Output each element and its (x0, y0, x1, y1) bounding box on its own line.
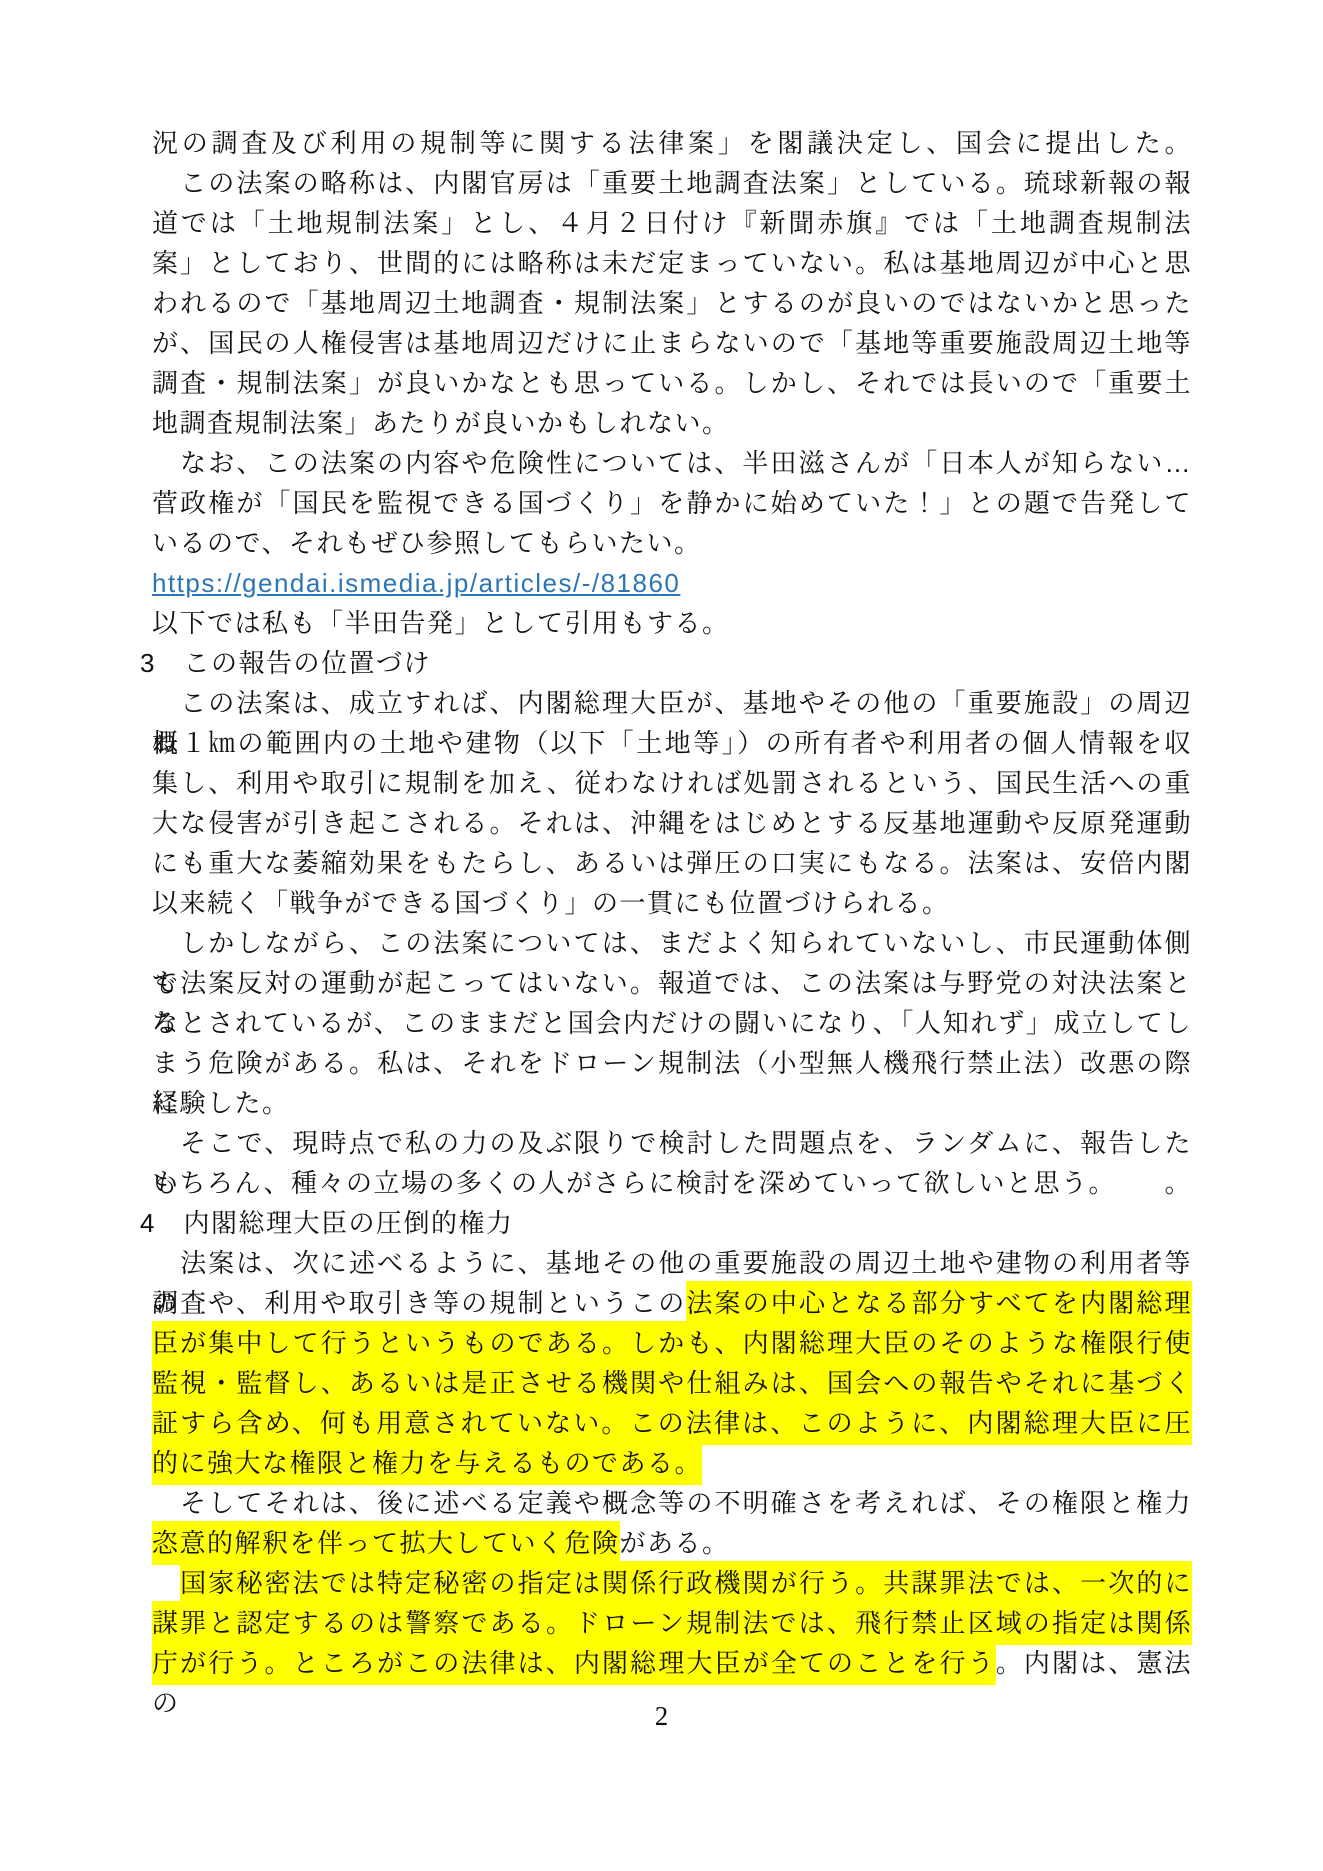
text-line: もちろん、種々の立場の多くの人がさらに検討を深めていって欲しいと思う。 (152, 1163, 1192, 1203)
highlighted-text: 庁が行う。ところがこの法律は、内閣総理大臣が全てのことを行う (152, 1641, 996, 1685)
text-line: この法案の略称は、内閣官房は「重要土地調査法案」としている。琉球新報の報 (152, 163, 1192, 203)
text-line: 監視・監督し、あるいは是正させる機関や仕組みは、国会への報告やそれに基づく検 (152, 1363, 1192, 1403)
text-segment: がある。 (620, 1528, 730, 1558)
text-line: われるので「基地周辺土地調査・規制法案」とするのが良いのではないかと思った (152, 283, 1192, 323)
text-segment: いるので、それもぜひ参照してもらいたい。 (152, 528, 701, 558)
text-segment: 以下では私も「半田告発」として引用もする。 (152, 608, 730, 638)
text-line: 謀罪と認定するのは警察である。ドローン規制法では、飛行禁止区域の指定は関係省 (152, 1603, 1192, 1643)
document-content: 況の調査及び利用の規制等に関する法律案」を閣議決定し、国会に提出した。 この法案… (152, 123, 1192, 1683)
text-line: 調査や、利用や取引き等の規制というこの法案の中心となる部分すべてを内閣総理大 (152, 1283, 1192, 1323)
text-segment: が、国民の人権侵害は基地周辺だけに止まらないので「基地等重要施設周辺土地等 (152, 328, 1192, 358)
text-line: 菅政権が「国民を監視できる国づくり」を静かに始めていた！」との題で告発して (152, 483, 1192, 523)
text-line: 恣意的解釈を伴って拡大していく危険がある。 (152, 1523, 1192, 1563)
text-segment: 集し、利用や取引に規制を加え、従わなければ処罰されるという、国民生活への重 (152, 768, 1192, 798)
section-heading: 3 この報告の位置づけ (140, 643, 1192, 683)
text-line: 集し、利用や取引に規制を加え、従わなければ処罰されるという、国民生活への重 (152, 763, 1192, 803)
text-line: 経験した。 (152, 1083, 1192, 1123)
page-number: 2 (0, 1701, 1323, 1732)
text-line: この法案は、成立すれば、内閣総理大臣が、基地やその他の「重要施設」の周辺概 (152, 683, 1192, 723)
text-line: 法案は、次に述べるように、基地その他の重要施設の周辺土地や建物の利用者等の (152, 1243, 1192, 1283)
text-segment: るとされているが、このままだと国会内だけの闘いになり、「人知れず」成立してし (152, 1008, 1192, 1038)
article-link[interactable]: https://gendai.ismedia.jp/articles/-/818… (152, 568, 680, 598)
text-line: るとされているが、このままだと国会内だけの闘いになり、「人知れず」成立してし (152, 1003, 1192, 1043)
text-line: 庁が行う。ところがこの法律は、内閣総理大臣が全てのことを行う。内閣は、憲法の (152, 1643, 1192, 1683)
text-line: なお、この法案の内容や危険性については、半田滋さんが「日本人が知らない… (152, 443, 1192, 483)
text-segment: 以来続く「戦争ができる国づくり」の一貫にも位置づけられる。 (152, 888, 950, 918)
text-line: いるので、それもぜひ参照してもらいたい。 (152, 523, 1192, 563)
section-heading: 4 内閣総理大臣の圧倒的権力 (140, 1203, 1192, 1243)
highlighted-text: 恣意的解釈を伴って拡大していく危険 (152, 1521, 620, 1565)
text-line: も法案反対の運動が起こってはいない。報道では、この法案は与野党の対決法案とな (152, 963, 1192, 1003)
document-page: 況の調査及び利用の規制等に関する法律案」を閣議決定し、国会に提出した。 この法案… (0, 0, 1323, 1871)
text-line: 証すら含め、何も用意されていない。この法律は、このように、内閣総理大臣に圧倒 (152, 1403, 1192, 1443)
text-line: 地調査規制法案」あたりが良いかもしれない。 (152, 403, 1192, 443)
text-segment: 菅政権が「国民を監視できる国づくり」を静かに始めていた！」との題で告発して (152, 488, 1192, 518)
text-segment: 4 内閣総理大臣の圧倒的権力 (140, 1208, 513, 1238)
text-segment: 大な侵害が引き起こされる。それは、沖縄をはじめとする反基地運動や反原発運動 (152, 808, 1192, 838)
text-line: 況の調査及び利用の規制等に関する法律案」を閣議決定し、国会に提出した。 (152, 123, 1192, 163)
text-line: 国家秘密法では特定秘密の指定は関係行政機関が行う。共謀罪法では、一次的に共 (152, 1563, 1192, 1603)
text-line: まう危険がある。私は、それをドローン規制法（小型無人機飛行禁止法）改悪の際に (152, 1043, 1192, 1083)
text-line: しかしながら、この法案については、まだよく知られていないし、市民運動体側で (152, 923, 1192, 963)
text-segment: もちろん、種々の立場の多くの人がさらに検討を深めていって欲しいと思う。 (152, 1168, 1116, 1198)
text-segment: にも重大な萎縮効果をもたらし、あるいは弾圧の口実にもなる。法案は、安倍内閣 (152, 848, 1192, 878)
text-segment: 地調査規制法案」あたりが良いかもしれない。 (152, 408, 730, 438)
text-line: そこで、現時点で私の力の及ぶ限りで検討した問題点を、ランダムに、報告したい。 (152, 1123, 1192, 1163)
text-segment: 調査・規制法案」が良いかなとも思っている。しかし、それでは長いので「重要土 (152, 368, 1192, 398)
text-line: が、国民の人権侵害は基地周辺だけに止まらないので「基地等重要施設周辺土地等 (152, 323, 1192, 363)
text-segment: 3 この報告の位置づけ (140, 648, 431, 678)
text-segment: なお、この法案の内容や危険性については、半田滋さんが「日本人が知らない… (152, 448, 1192, 478)
text-line: 道では「土地規制法案」とし、４月２日付け『新聞赤旗』では「土地調査規制法 (152, 203, 1192, 243)
text-segment (152, 1568, 180, 1598)
highlighted-text: 的に強大な権限と権力を与えるものである。 (152, 1441, 702, 1485)
text-segment: ね１㎞の範囲内の土地や建物（以下「土地等」）の所有者や利用者の個人情報を収 (152, 728, 1192, 758)
text-segment: この法案の略称は、内閣官房は「重要土地調査法案」としている。琉球新報の報 (152, 168, 1192, 198)
text-line: 調査・規制法案」が良いかなとも思っている。しかし、それでは長いので「重要土 (152, 363, 1192, 403)
text-line: 的に強大な権限と権力を与えるものである。 (152, 1443, 1192, 1483)
text-line: 大な侵害が引き起こされる。それは、沖縄をはじめとする反基地運動や反原発運動 (152, 803, 1192, 843)
text-line: そしてそれは、後に述べる定義や概念等の不明確さを考えれば、その権限と権力は (152, 1483, 1192, 1523)
text-segment: 道では「土地規制法案」とし、４月２日付け『新聞赤旗』では「土地調査規制法 (152, 208, 1192, 238)
text-segment: 案」としており、世間的には略称は未だ定まっていない。私は基地周辺が中心と思 (152, 248, 1192, 278)
text-line: 以下では私も「半田告発」として引用もする。 (152, 603, 1192, 643)
text-line: にも重大な萎縮効果をもたらし、あるいは弾圧の口実にもなる。法案は、安倍内閣 (152, 843, 1192, 883)
text-segment: 況の調査及び利用の規制等に関する法律案」を閣議決定し、国会に提出した。 (152, 128, 1192, 158)
text-line: 案」としており、世間的には略称は未だ定まっていない。私は基地周辺が中心と思 (152, 243, 1192, 283)
text-line: 以来続く「戦争ができる国づくり」の一貫にも位置づけられる。 (152, 883, 1192, 923)
text-segment: 経験した。 (152, 1088, 290, 1118)
text-line: https://gendai.ismedia.jp/articles/-/818… (152, 563, 1192, 603)
text-segment: 調査や、利用や取引き等の規制というこの (152, 1288, 686, 1318)
text-segment: われるので「基地周辺土地調査・規制法案」とするのが良いのではないかと思った (152, 288, 1192, 318)
text-line: 臣が集中して行うというものである。しかも、内閣総理大臣のそのような権限行使を (152, 1323, 1192, 1363)
text-line: ね１㎞の範囲内の土地や建物（以下「土地等」）の所有者や利用者の個人情報を収 (152, 723, 1192, 763)
